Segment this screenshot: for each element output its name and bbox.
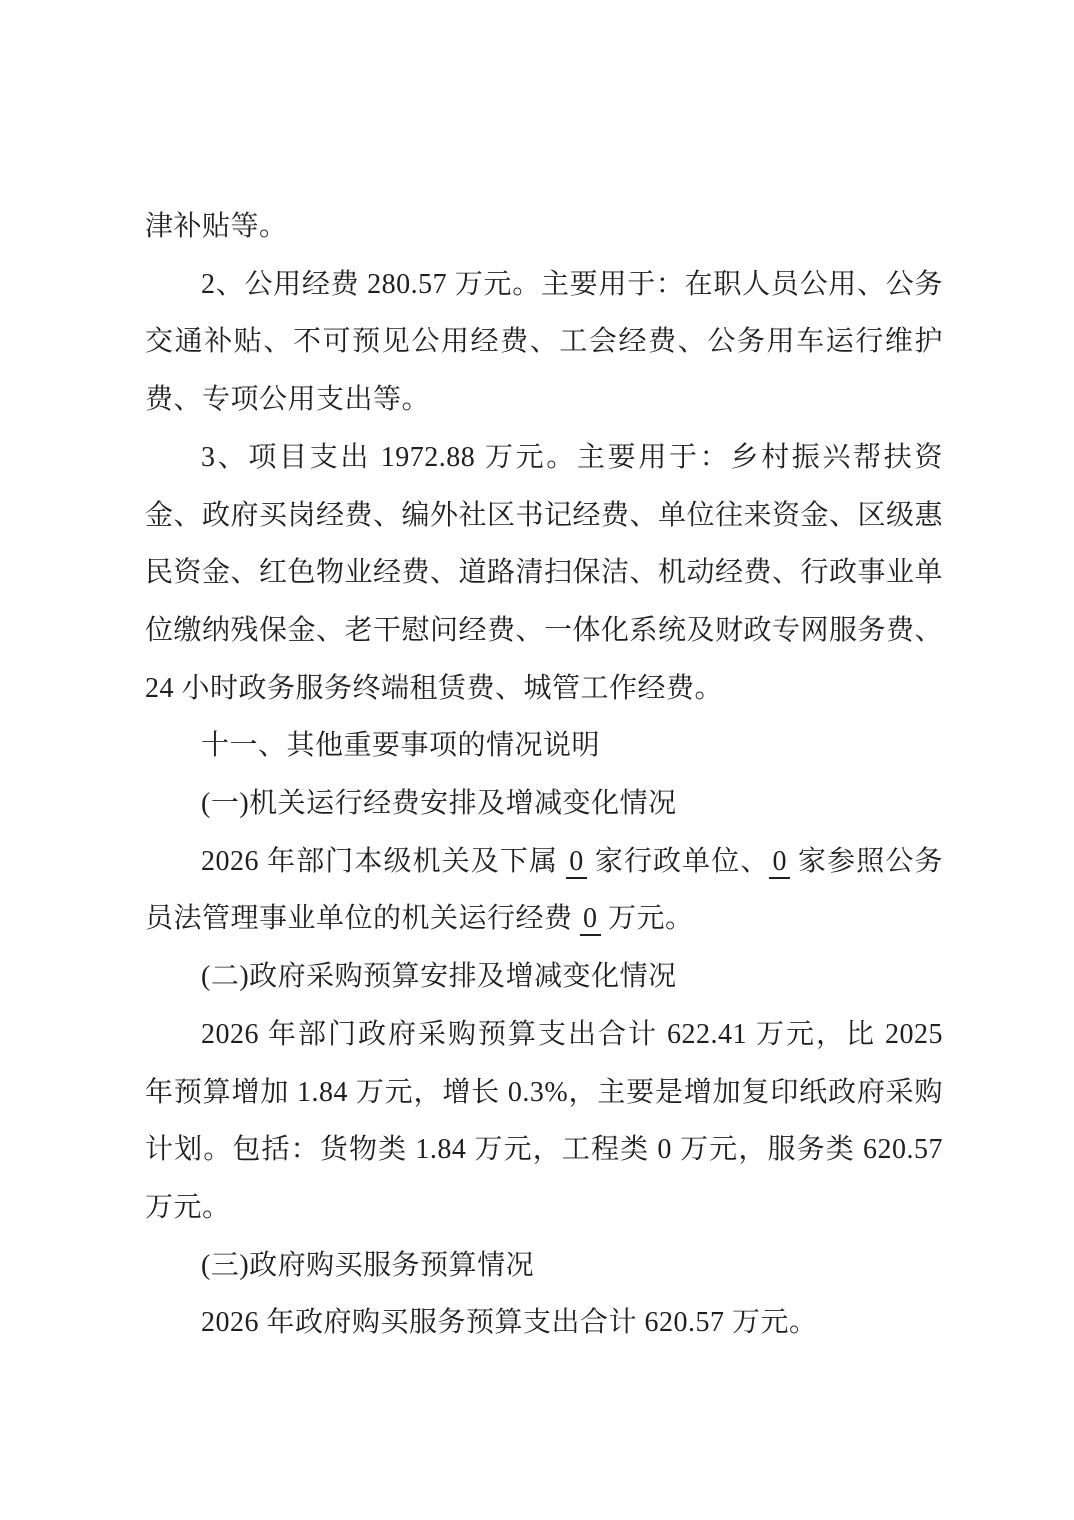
org-operation-text-4: 万元。 <box>601 903 694 934</box>
document-page: 津补贴等。 2、公用经费 280.57 万元。主要用于：在职人员公用、公务交通补… <box>0 0 1074 1520</box>
paragraph-public-funds: 2、公用经费 280.57 万元。主要用于：在职人员公用、公务交通补贴、不可预见… <box>145 256 943 429</box>
subsection-heading-three: (三)政府购买服务预算情况 <box>145 1237 943 1295</box>
paragraph-project-expense: 3、项目支出 1972.88 万元。主要用于：乡村振兴帮扶资金、政府买岗经费、编… <box>145 429 943 718</box>
paragraph-allowance-continuation: 津补贴等。 <box>145 198 943 256</box>
paragraph-org-operation: 2026 年部门本级机关及下属 0 家行政单位、0 家参照公务员法管理事业单位的… <box>145 833 943 948</box>
document-content: 津补贴等。 2、公用经费 280.57 万元。主要用于：在职人员公用、公务交通补… <box>145 198 943 1352</box>
org-operation-amount-underlined: 0 <box>580 903 601 936</box>
org-operation-text-2: 家行政单位、 <box>587 846 770 877</box>
subsection-heading-two: (二)政府采购预算安排及增减变化情况 <box>145 948 943 1006</box>
admin-units-count-underlined: 0 <box>566 846 587 879</box>
org-operation-text-1: 2026 年部门本级机关及下属 <box>201 846 566 877</box>
section-heading-eleven: 十一、其他重要事项的情况说明 <box>145 717 943 775</box>
ref-units-count-underlined: 0 <box>769 846 790 879</box>
paragraph-procurement: 2026 年部门政府采购预算支出合计 622.41 万元，比 2025 年预算增… <box>145 1006 943 1237</box>
paragraph-purchase-service: 2026 年政府购买服务预算支出合计 620.57 万元。 <box>145 1294 943 1352</box>
subsection-heading-one: (一)机关运行经费安排及增减变化情况 <box>145 775 943 833</box>
